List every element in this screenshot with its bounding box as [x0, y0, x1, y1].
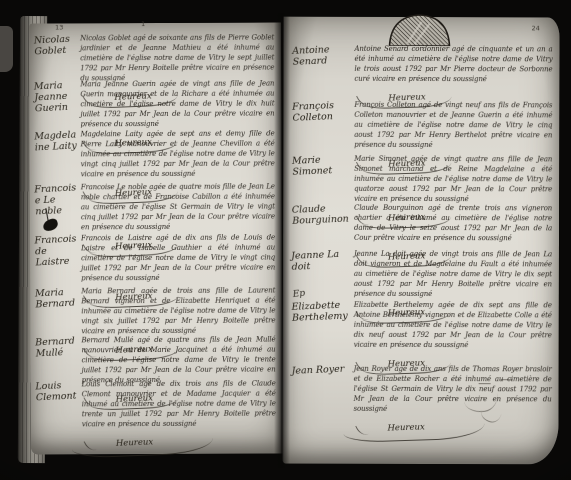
- signature: Heureux: [116, 437, 154, 448]
- entry-text: Jean Royer agé de dix ans fils de Thomas…: [354, 365, 552, 415]
- margin-name-text: Jeanne La doit: [291, 249, 339, 273]
- page-edge-fragment: [0, 26, 13, 72]
- margin-name: Claude Bourguinon: [283, 202, 355, 228]
- entry-text: Claude Bourguinon agé de trente trois an…: [354, 204, 552, 244]
- entry-text: Francoise Le noble agée de quatre mois f…: [81, 182, 275, 233]
- tax-stamp-seal-icon: [388, 14, 450, 50]
- entry-text: Maria Jeanne Guerin agée de vingt ans fi…: [80, 79, 274, 130]
- margin-name: Elizabette Berthelemy: [282, 299, 354, 325]
- register-entry: Antoine Senard Antoine Senard cordonnier…: [283, 45, 557, 104]
- margin-name: Maria Jeanne Guerin: [29, 79, 82, 115]
- entry-text: Elizabette Berthelemy agée de dix sept a…: [354, 301, 552, 351]
- page-gutter-shadow: [274, 13, 290, 468]
- register-entry: Jean Royer Jean Royer agé de dix ans fil…: [282, 365, 556, 434]
- entry-text: Louis Clemont agé de dix trois ans fils …: [82, 379, 276, 430]
- entry-text: Jeanne La doit agée de vingt trois ans f…: [354, 250, 552, 300]
- margin-name: Louis Clemont: [30, 379, 82, 404]
- pencil-mark: 13: [55, 23, 63, 31]
- margin-name: Bernard Mullé: [30, 335, 82, 360]
- entry-text: Marie Simonet agée de vingt quatre ans f…: [354, 155, 552, 205]
- entry-text: Antoine Senard cordonnier agé de cinquan…: [354, 45, 552, 85]
- register-entry: Louis Clemont Louis Clemont agé de dix t…: [31, 379, 281, 449]
- entry-text: Nicolas Goblet agé de soixante ans fils …: [80, 33, 274, 84]
- left-page: 13 1 Nicolas Goblet Nicolas Goblet agé d…: [29, 22, 283, 454]
- margin-name: Francois de Laistre: [29, 233, 82, 269]
- margin-name: Nicolas Goblet: [29, 33, 81, 58]
- register-entry: Elizabette Berthelemy Elizabette Berthel…: [283, 301, 557, 370]
- register-scan: 13 1 Nicolas Goblet Nicolas Goblet agé d…: [0, 0, 571, 480]
- margin-name: François Colleton: [283, 99, 355, 125]
- signature: Heureux: [387, 422, 425, 433]
- folio-number: 24: [532, 24, 540, 32]
- entry-text: Magdelaine Laity agée de sept ans et dem…: [81, 129, 275, 180]
- margin-note: Ep: [292, 283, 353, 300]
- dash-mark: [501, 379, 513, 380]
- entry-text: Bernard Mullé agé de quatre ans fils de …: [81, 335, 275, 386]
- entry-text: Francois de Laistre agé de dix ans fils …: [81, 233, 275, 284]
- margin-name: Francoise Le noble: [29, 182, 82, 218]
- right-page: 24 Antoine Senard Antoine Senard cordonn…: [282, 17, 559, 465]
- margin-name: Jean Royer: [282, 363, 353, 378]
- margin-name: Magdelaine Laity: [29, 129, 81, 154]
- entry-text: François Colleton agé de vingt neuf ans …: [354, 101, 552, 151]
- margin-name: Antoine Senard: [283, 43, 355, 69]
- entry-text: Maria Bernard agée de trois ans fille de…: [81, 286, 275, 337]
- page-number-mark: 1: [141, 20, 145, 28]
- margin-name: Maria Bernard: [30, 286, 82, 311]
- margin-name: Marie Simonet: [283, 153, 355, 179]
- dash-mark: [479, 383, 491, 384]
- margin-name: Jeanne La doitEp: [282, 248, 355, 298]
